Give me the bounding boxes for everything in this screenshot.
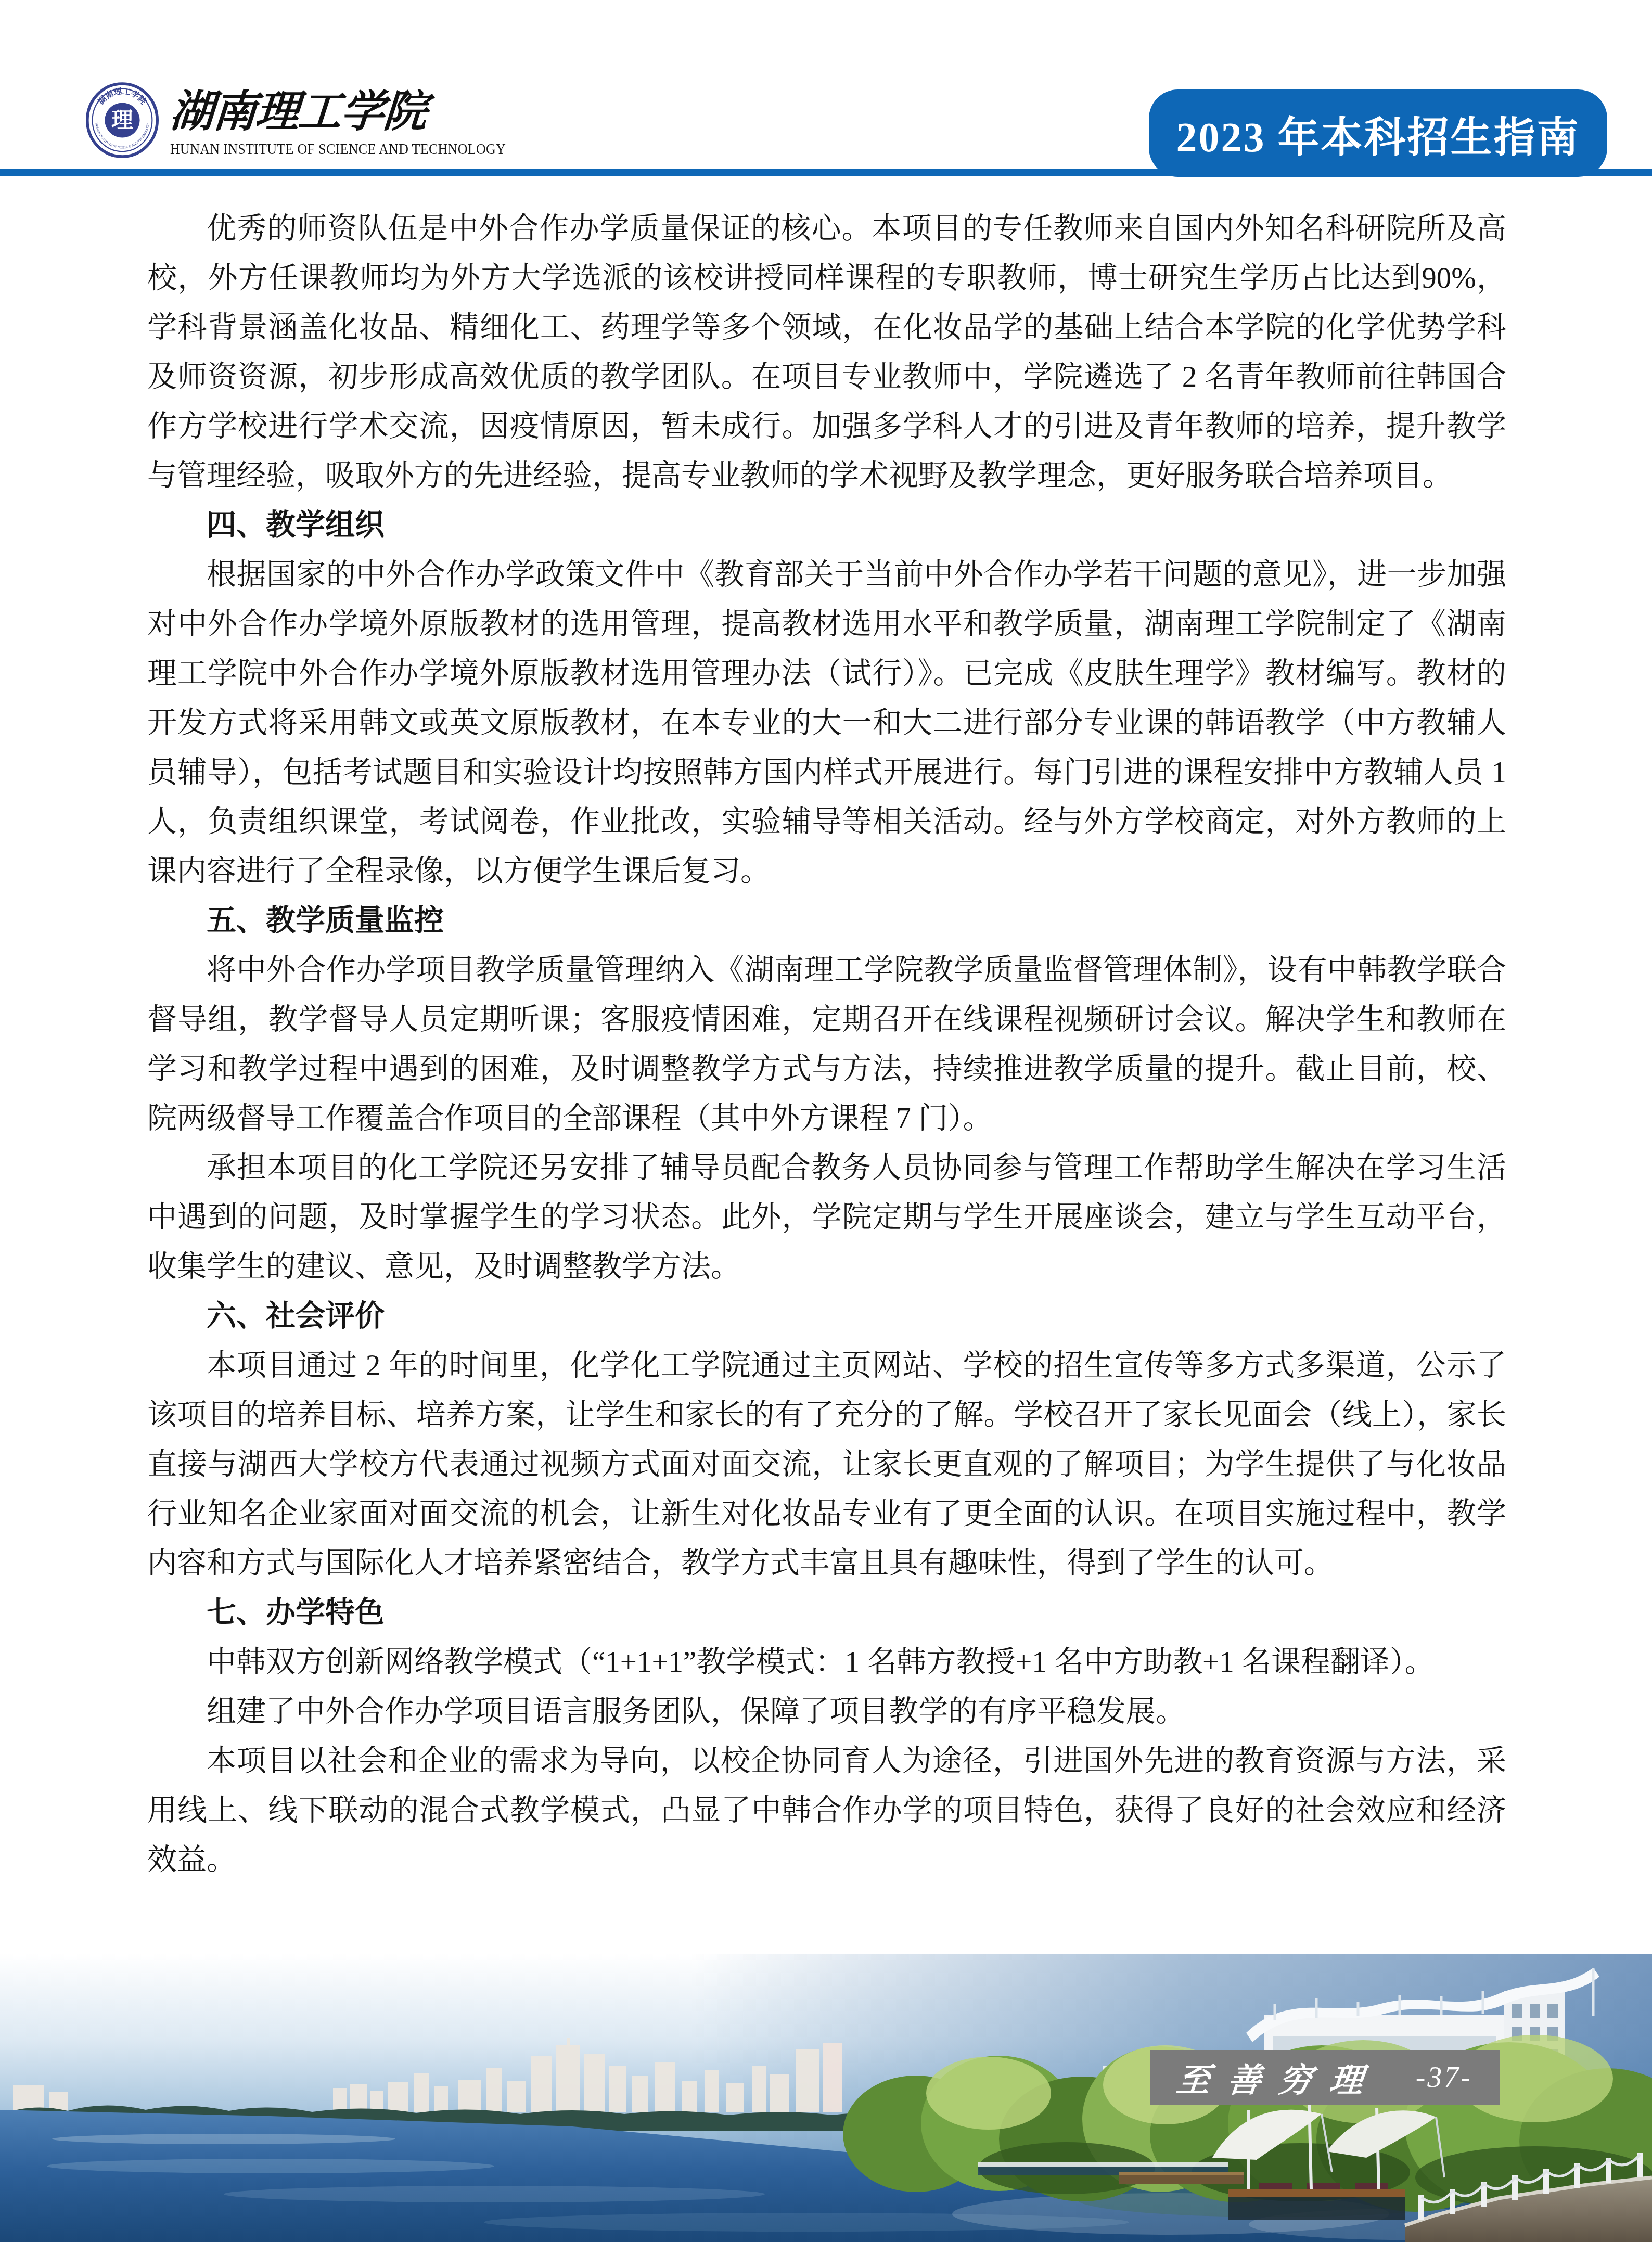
section-heading: 五、教学质量监控 xyxy=(147,896,1506,945)
body-sections: 优秀的师资队伍是中外合作办学质量保证的核心。本项目的专任教师来自国内外知名科研院… xyxy=(147,204,1506,1885)
logo-text-block: 湖南理工学院 HUNAN INSTITUTE OF SCIENCE AND TE… xyxy=(170,82,506,156)
body-paragraph: 承担本项目的化工学院还另安排了辅导员配合教务人员协同参与管理工作帮助学生解决在学… xyxy=(147,1143,1506,1291)
section-heading: 七、办学特色 xyxy=(147,1588,1506,1637)
university-logo: 理 湖南理工学院 HUNAN INSTITUTE OF SCIENCE AND … xyxy=(86,82,506,158)
seal-center-glyph: 理 xyxy=(111,109,133,133)
section-heading: 四、教学组织 xyxy=(147,501,1506,550)
body-paragraph: 本项目通过 2 年的时间里，化学化工学院通过主页网站、学校的招生宣传等多方式多渠… xyxy=(147,1341,1506,1588)
university-name-english: HUNAN INSTITUTE OF SCIENCE AND TECHNOLOG… xyxy=(170,140,506,159)
document-body: 优秀的师资队伍是中外合作办学质量保证的核心。本项目的专任教师来自国内外知名科研院… xyxy=(147,204,1506,1885)
edition-banner-label: 2023 年本科招生指南 xyxy=(1176,104,1580,163)
page-number: -37- xyxy=(1416,2061,1472,2094)
university-seal-icon: 理 湖南理工学院 HUNAN INSTITUTE OF SCIENCE AND … xyxy=(86,82,159,158)
body-paragraph: 优秀的师资队伍是中外合作办学质量保证的核心。本项目的专任教师来自国内外知名科研院… xyxy=(147,204,1506,501)
edition-banner: 2023 年本科招生指南 xyxy=(1149,89,1607,177)
body-paragraph: 组建了中外合作办学项目语言服务团队，保障了项目教学的有序平稳发展。 xyxy=(147,1687,1506,1736)
body-paragraph: 将中外合作办学项目教学质量管理纳入《湖南理工学院教学质量监督管理体制》，设有中韩… xyxy=(147,945,1506,1143)
footer-photo: 至善穷理 -37- xyxy=(0,1954,1652,2242)
body-paragraph: 中韩双方创新网络教学模式（“1+1+1”教学模式：1 名韩方教授+1 名中方助教… xyxy=(147,1637,1506,1687)
body-paragraph: 根据国家的中外合作办学政策文件中《教育部关于当前中外合作办学若干问题的意见》，进… xyxy=(147,550,1506,896)
body-paragraph: 本项目以社会和企业的需求为导向，以校企协同育人为途径，引进国外先进的教育资源与方… xyxy=(147,1736,1506,1885)
school-motto: 至善穷理 xyxy=(1174,2054,1384,2102)
section-heading: 六、社会评价 xyxy=(147,1291,1506,1341)
university-name-calligraphy: 湖南理工学院 xyxy=(169,91,507,134)
document-page: 理 湖南理工学院 HUNAN INSTITUTE OF SCIENCE AND … xyxy=(0,0,1652,2242)
motto-box: 至善穷理 -37- xyxy=(1150,2050,1500,2105)
